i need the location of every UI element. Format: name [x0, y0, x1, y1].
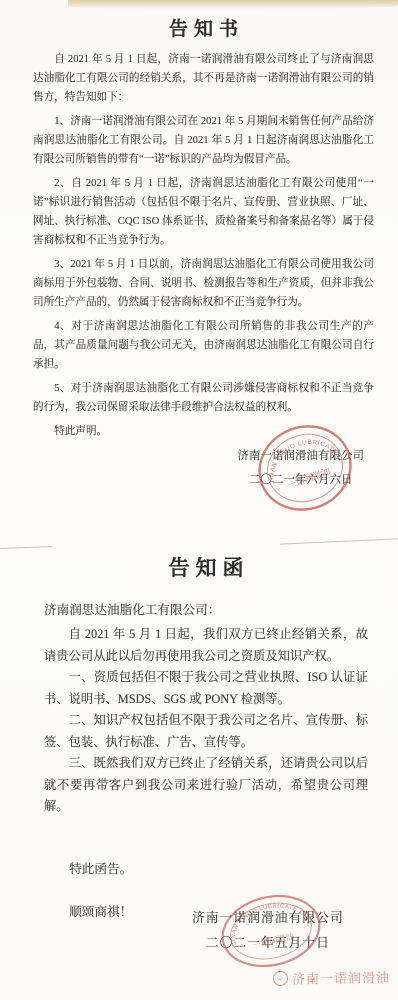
notice-document: 告知书 自 2021 年 5 月 1 日起，济南一诺润滑油有限公司终止了与济南润…	[33, 14, 374, 446]
doc1-paragraph-3: 3、2021 年 5 月 1 日以前，济南润思达油脂化工有限公司使用我公司商标用…	[33, 255, 374, 312]
doc1-statement-line: 特此声明。	[33, 422, 374, 441]
doc1-paragraph-intro: 自 2021 年 5 月 1 日起，济南一诺润滑油有限公司终止了与济南润思达油脂…	[33, 50, 374, 107]
doc2-body: 自 2021 年 5 月 1 日起，我们双方已终止经销关系，故请贵公司从此以后勿…	[44, 624, 368, 924]
brand-watermark: 济南一诺润滑油	[273, 967, 390, 988]
scanned-notice-page: 告知书 自 2021 年 5 月 1 日起，济南一诺润滑油有限公司终止了与济南润…	[0, 0, 398, 1000]
doc2-addressee: 济南润思达油脂化工有限公司：	[44, 599, 368, 618]
doc2-signature-company: 济南一诺润滑油有限公司	[192, 906, 344, 931]
doc1-paragraph-4: 4、对于济南润思达油脂化工有限公司所销售的非我公司生产的产品，其产品质量问题与我…	[33, 317, 374, 374]
notice-letter-document: 告知函 济南润思达油脂化工有限公司： 自 2021 年 5 月 1 日起，我们双…	[44, 552, 368, 936]
doc2-paragraph-intro: 自 2021 年 5 月 1 日起，我们双方已终止经销关系，故请贵公司从此以后勿…	[44, 624, 368, 667]
doc2-paragraph-2: 二、知识产权包括但不限于我公司之名片、宣传册、标签、包装、执行标准、广告、宣传等…	[44, 710, 368, 753]
page-separator-line-left	[0, 546, 52, 549]
doc2-paragraph-1: 一、资质包括但不限于我公司之营业执照、ISO 认证证书、说明书、MSDS、SGS…	[44, 667, 368, 710]
doc2-paragraph-3: 三、既然我们双方已终止了经销关系，还请贵公司以后就不要再带客户到我公司来进行验厂…	[44, 753, 368, 818]
doc1-paragraph-5: 5、对于济南润思达油脂化工有限公司涉嫌侵害商标权和不正当竞争的行为，我公司保留采…	[33, 379, 374, 417]
doc2-signature-date: 二〇二一年五月十日	[192, 931, 344, 956]
brand-logo-icon	[273, 971, 288, 986]
doc2-signature-block: 济南一诺润滑油有限公司 二〇二一年五月十日	[192, 906, 344, 956]
doc2-title: 告知函	[44, 552, 368, 582]
doc1-paragraph-1: 1、济南一诺润滑油有限公司在 2021 年 5 月期间未销售任何产品给济南润思达…	[33, 112, 374, 169]
doc2-closing: 特此函告。	[44, 859, 368, 881]
doc1-body: 自 2021 年 5 月 1 日起，济南一诺润滑油有限公司终止了与济南润思达油脂…	[33, 50, 374, 441]
scan-edge-artifact	[68, 0, 398, 9]
page-separator-line-right	[280, 538, 398, 544]
doc1-signature-date: 二〇二一年六月六日	[238, 468, 365, 492]
watermark-text: 济南一诺润滑油	[292, 967, 390, 988]
doc1-signature-block: 济南一诺润滑油有限公司 二〇二一年六月六日	[238, 444, 365, 492]
doc1-paragraph-2: 2、自 2021 年 5 月 1 日起，济南润思达油脂化工有限公司使用“一诺”标…	[33, 174, 374, 250]
doc1-signature-company: 济南一诺润滑油有限公司	[238, 444, 365, 468]
doc1-title: 告知书	[33, 14, 374, 41]
